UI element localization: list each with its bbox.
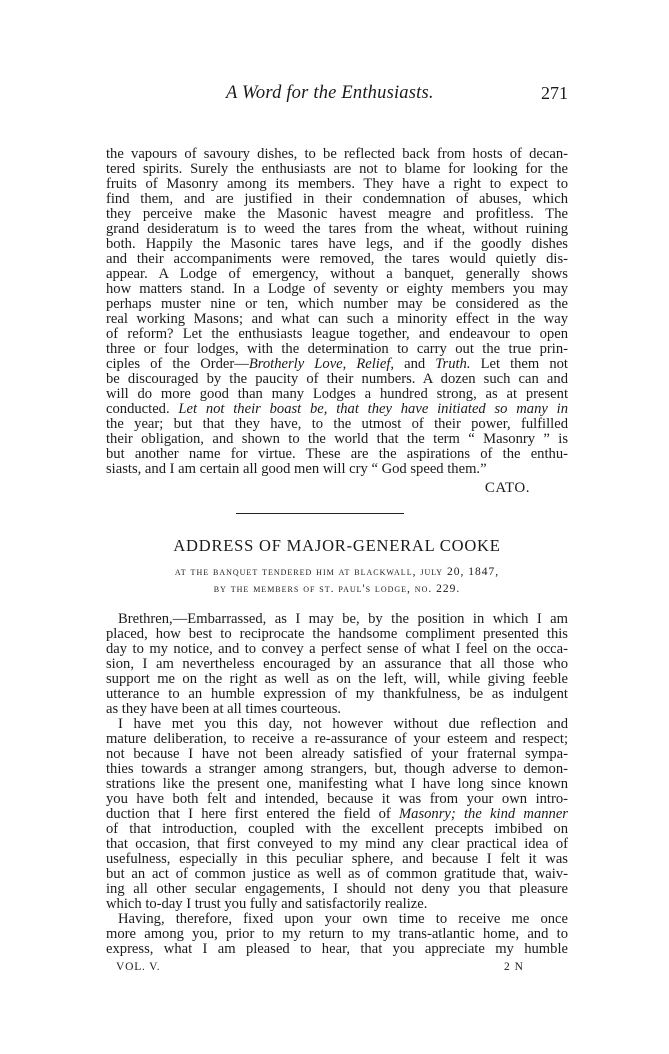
text-line: day to my notice, and to convey a perfec… [106, 642, 568, 657]
text-line: perhaps muster nine or ten, which number… [106, 297, 568, 312]
text-run: conducted. [106, 401, 178, 417]
text-line: I have met you this day, not however wit… [106, 717, 568, 732]
italic-run: Truth. [435, 356, 470, 372]
text-line: Having, therefore, fixed upon your own t… [106, 912, 568, 927]
text-run: and [394, 356, 435, 372]
text-line: fruits of Masonry among its members. The… [106, 177, 568, 192]
text-line: both. Happily the Masonic tares have leg… [106, 237, 568, 252]
text-line: find them, and are justified in their co… [106, 192, 568, 207]
section-divider [236, 513, 404, 514]
text-line: sion, I am nevertheless encouraged by an… [106, 657, 568, 672]
signature: CATO. [485, 480, 530, 497]
text-line: how matters stand. In a Lodge of seventy… [106, 282, 568, 297]
text-line: usefulness, especially in this peculiar … [106, 852, 568, 867]
text-line: will do more good than many Lodges a hun… [106, 387, 568, 402]
text-line: Brethren,—Embarrassed, as I may be, by t… [106, 612, 568, 627]
page-number: 271 [541, 83, 568, 104]
italic-run: Let not their boast be, that they have i… [178, 401, 568, 417]
text-line: real working Masons; and what can such a… [106, 312, 568, 327]
text-line-with-italics: conducted. Let not their boast be, that … [106, 402, 568, 417]
text-line: be discouraged by the paucity of their n… [106, 372, 568, 387]
signature-mark: 2 N [504, 961, 524, 973]
text-line: placed, how best to reciprocate the hand… [106, 627, 568, 642]
text-line: grand desideratum is to weed the tares f… [106, 222, 568, 237]
text-line: of reform? Let the enthusiasts league to… [106, 327, 568, 342]
text-line: and their accompaniments were removed, t… [106, 252, 568, 267]
text-line: you have both felt and intended, because… [106, 792, 568, 807]
text-line: thies towards a stranger among strangers… [106, 762, 568, 777]
italic-run: Masonry; the kind manner [399, 806, 568, 822]
text-line: mature deliberation, to receive a re-ass… [106, 732, 568, 747]
running-title: A Word for the Enthusiasts. [226, 83, 434, 104]
text-line: their obligation, and shown to the world… [106, 432, 568, 447]
article-subtitle-line-2: by the members of st. paul's lodge, no. … [106, 583, 568, 595]
text-line: more among you, prior to my return to my… [106, 927, 568, 942]
text-line: express, what I am pleased to hear, that… [106, 942, 568, 957]
text-line: that occasion, that first conveyed to my… [106, 837, 568, 852]
text-line-with-italics: ciples of the Order—Brotherly Love, Reli… [106, 357, 568, 372]
text-line: support me on the right as well as on th… [106, 672, 568, 687]
text-line-with-italics: duction that I here first entered the fi… [106, 807, 568, 822]
text-line: which to-day I trust you fully and satis… [106, 897, 568, 912]
text-line: of that introduction, coupled with the e… [106, 822, 568, 837]
text-line: not because I have not been already sati… [106, 747, 568, 762]
text-line: they perceive make the Masonic havest me… [106, 207, 568, 222]
text-line: the year; but that they have, to the utm… [106, 417, 568, 432]
article-subtitle-line-1: at the banquet tendered him at blackwall… [106, 566, 568, 578]
text-line: as they have been at all times courteous… [106, 702, 568, 717]
text-line: ing all other secular engagements, I sho… [106, 882, 568, 897]
italic-run: Brotherly Love, Relief, [249, 356, 394, 372]
text-run: duction that I here first entered the fi… [106, 806, 399, 822]
text-line: tered spirits. Surely the enthusiasts ar… [106, 162, 568, 177]
text-line: strations like the present one, manifest… [106, 777, 568, 792]
text-line: utterance to an humble expression of my … [106, 687, 568, 702]
text-line: siasts, and I am certain all good men wi… [106, 462, 568, 477]
text-line: the vapours of savoury dishes, to be ref… [106, 147, 568, 162]
text-run: ciples of the Order— [106, 356, 249, 372]
article-title: ADDRESS OF MAJOR-GENERAL COOKE [106, 536, 568, 556]
text-line: but another name for virtue. These are t… [106, 447, 568, 462]
text-line: three or four lodges, with the determina… [106, 342, 568, 357]
text-line: appear. A Lodge of emergency, without a … [106, 267, 568, 282]
volume-marker: VOL. V. [116, 961, 160, 973]
running-head: A Word for the Enthusiasts. 271 [106, 83, 568, 105]
text-run: Let them not [471, 356, 568, 372]
text-line: but an act of common justice as well as … [106, 867, 568, 882]
